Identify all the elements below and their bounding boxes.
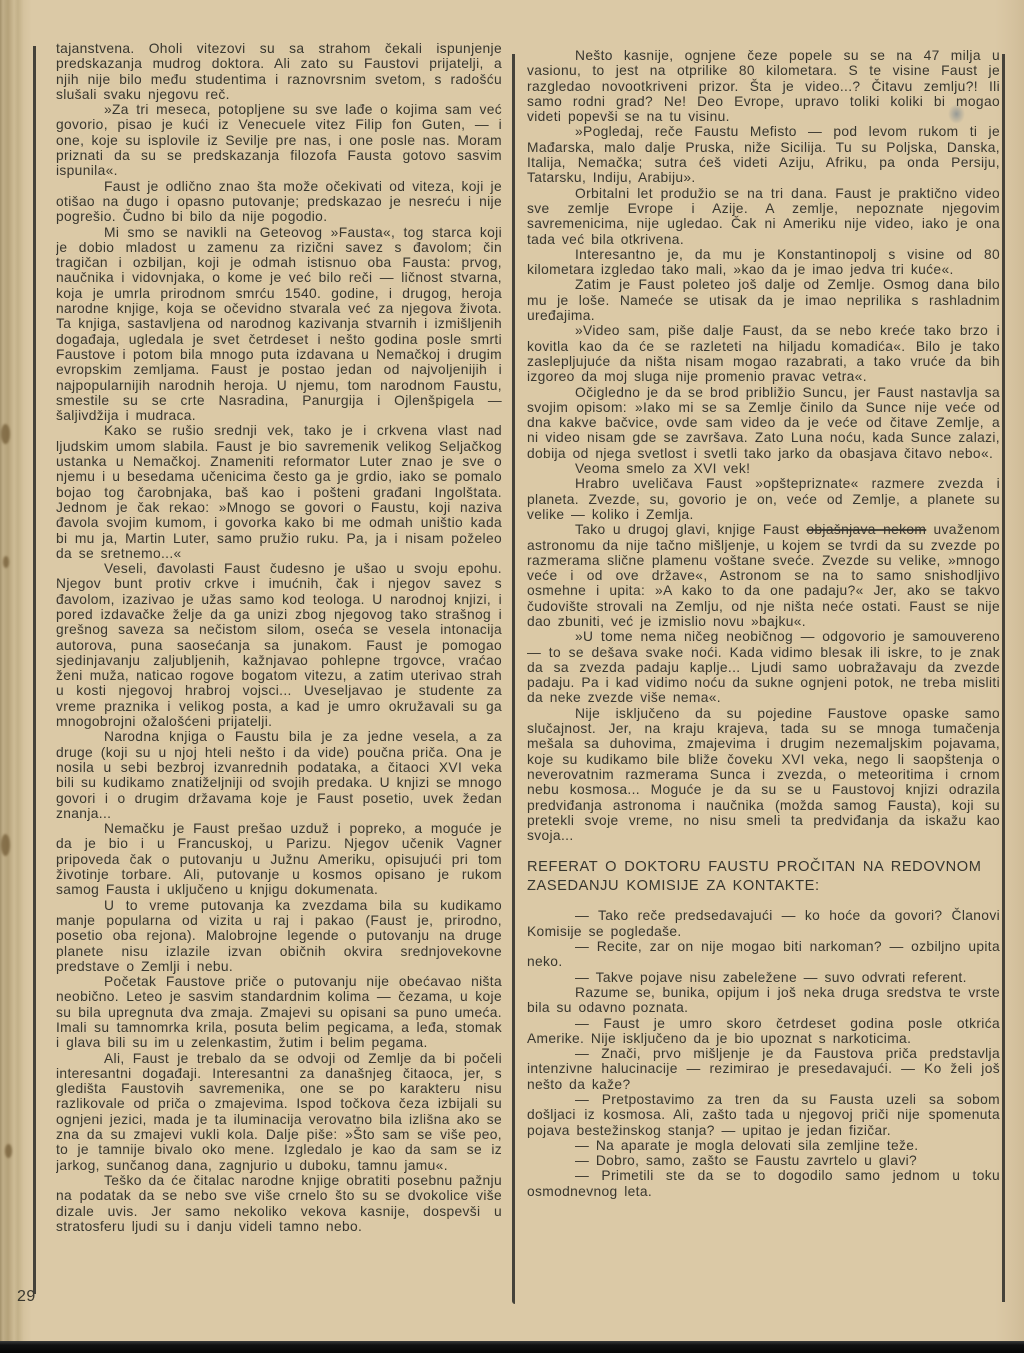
paragraph: Teško da će čitalac narodne knjige obrat… bbox=[56, 1173, 502, 1234]
paragraph: Zatim je Faust poleteo još dalje od Zeml… bbox=[527, 277, 1000, 323]
paragraph: Razume se, bunika, opijum i još neka dru… bbox=[527, 985, 1000, 1016]
ink-smudge-artifact bbox=[948, 104, 965, 124]
paragraph: Nešto kasnije, ognjene čeze popele su se… bbox=[527, 48, 1000, 124]
paragraph: — Tako reče predsedavajući — ko hoće da … bbox=[527, 908, 1000, 939]
paragraph: Početak Faustove priče o putovanju nije … bbox=[56, 974, 502, 1050]
paragraph: Ali, Faust je trebalo da se odvoji od Ze… bbox=[56, 1051, 502, 1173]
paragraph: — Primetili ste da se to dogodilo samo j… bbox=[527, 1168, 1000, 1199]
paragraph: Veoma smelo za XVI vek! bbox=[527, 461, 1000, 476]
paragraph: Kako se rušio srednji vek, tako je i crk… bbox=[56, 423, 502, 561]
right-column-inner-rule bbox=[512, 54, 515, 1304]
paragraph: Veseli, đavolasti Faust čudesno je ušao … bbox=[56, 561, 502, 729]
section-heading: REFERAT O DOKTORU FAUSTU PROČITAN NA RED… bbox=[527, 858, 1000, 896]
scanned-book-page: tajanstvena. Oholi vitezovi su sa straho… bbox=[0, 0, 1024, 1353]
scan-bottom-edge bbox=[0, 1341, 1024, 1353]
paper-blemish bbox=[1, 834, 10, 856]
right-text-column: Nešto kasnije, ognjene čeze popele su se… bbox=[527, 48, 1000, 1310]
paragraph: tajanstvena. Oholi vitezovi su sa straho… bbox=[56, 41, 502, 102]
paragraph: Nemačku je Faust prešao uzduž i popreko,… bbox=[56, 821, 502, 897]
paragraph: Mi smo se navikli na Geteovog »Fausta«, … bbox=[56, 225, 502, 424]
paragraph: — Znači, prvo mišljenje je da Faustova p… bbox=[527, 1046, 1000, 1092]
paragraph: U to vreme putovanja ka zvezdama bila su… bbox=[56, 898, 502, 974]
paper-blemish bbox=[1, 424, 10, 444]
paragraph: Nije isključeno da su pojedine Faustove … bbox=[527, 706, 1000, 844]
ink-strike-artifact: objašnjava nekom bbox=[806, 522, 926, 537]
paragraph: — Pretpostavimo za tren da su Fausta uze… bbox=[527, 1092, 1000, 1138]
paragraph: Tako u drugoj glavi, knjige Faust objašn… bbox=[527, 522, 1000, 629]
left-column-rule bbox=[33, 46, 36, 1294]
paragraph: »Video sam, piše dalje Faust, da se nebo… bbox=[527, 323, 1000, 384]
paragraph: »Za tri meseca, potopljene su sve lađe o… bbox=[56, 102, 502, 178]
paper-blemish bbox=[5, 1144, 12, 1158]
paragraph: Orbitalni let produžio se na tri dana. F… bbox=[527, 186, 1000, 247]
left-text-column: tajanstvena. Oholi vitezovi su sa straho… bbox=[56, 41, 502, 1297]
paragraph: — Faust je umro skoro četrdeset godina p… bbox=[527, 1016, 1000, 1047]
paragraph: — Takve pojave nisu zabeležene — suvo od… bbox=[527, 970, 1000, 985]
paper-blemish bbox=[3, 556, 9, 568]
paragraph: »Pogledaj, reče Faustu Mefisto — pod lev… bbox=[527, 124, 1000, 185]
paragraph: Hrabro uveličava Faust »opštepriznate« r… bbox=[527, 476, 1000, 522]
paragraph: — Na aparate je mogla delovati sila zeml… bbox=[527, 1138, 1000, 1153]
right-column-outer-rule bbox=[1002, 54, 1005, 1302]
page-number: 29 bbox=[17, 1288, 36, 1306]
paragraph: — Recite, zar on nije mogao biti narkoma… bbox=[527, 939, 1000, 970]
paragraph: Narodna knjiga o Faustu bila je za jedne… bbox=[56, 729, 502, 821]
paragraph: Faust je odlično znao šta može očekivati… bbox=[56, 179, 502, 225]
paragraph: — Dobro, samo, zašto se Faustu zavrtelo … bbox=[527, 1153, 1000, 1168]
paragraph: Očigledno je da se brod približio Suncu,… bbox=[527, 385, 1000, 461]
paragraph: »U tome nema ničeg neobičnog — odgovorio… bbox=[527, 629, 1000, 705]
paragraph: Interesantno je, da mu je Konstantinopol… bbox=[527, 247, 1000, 278]
